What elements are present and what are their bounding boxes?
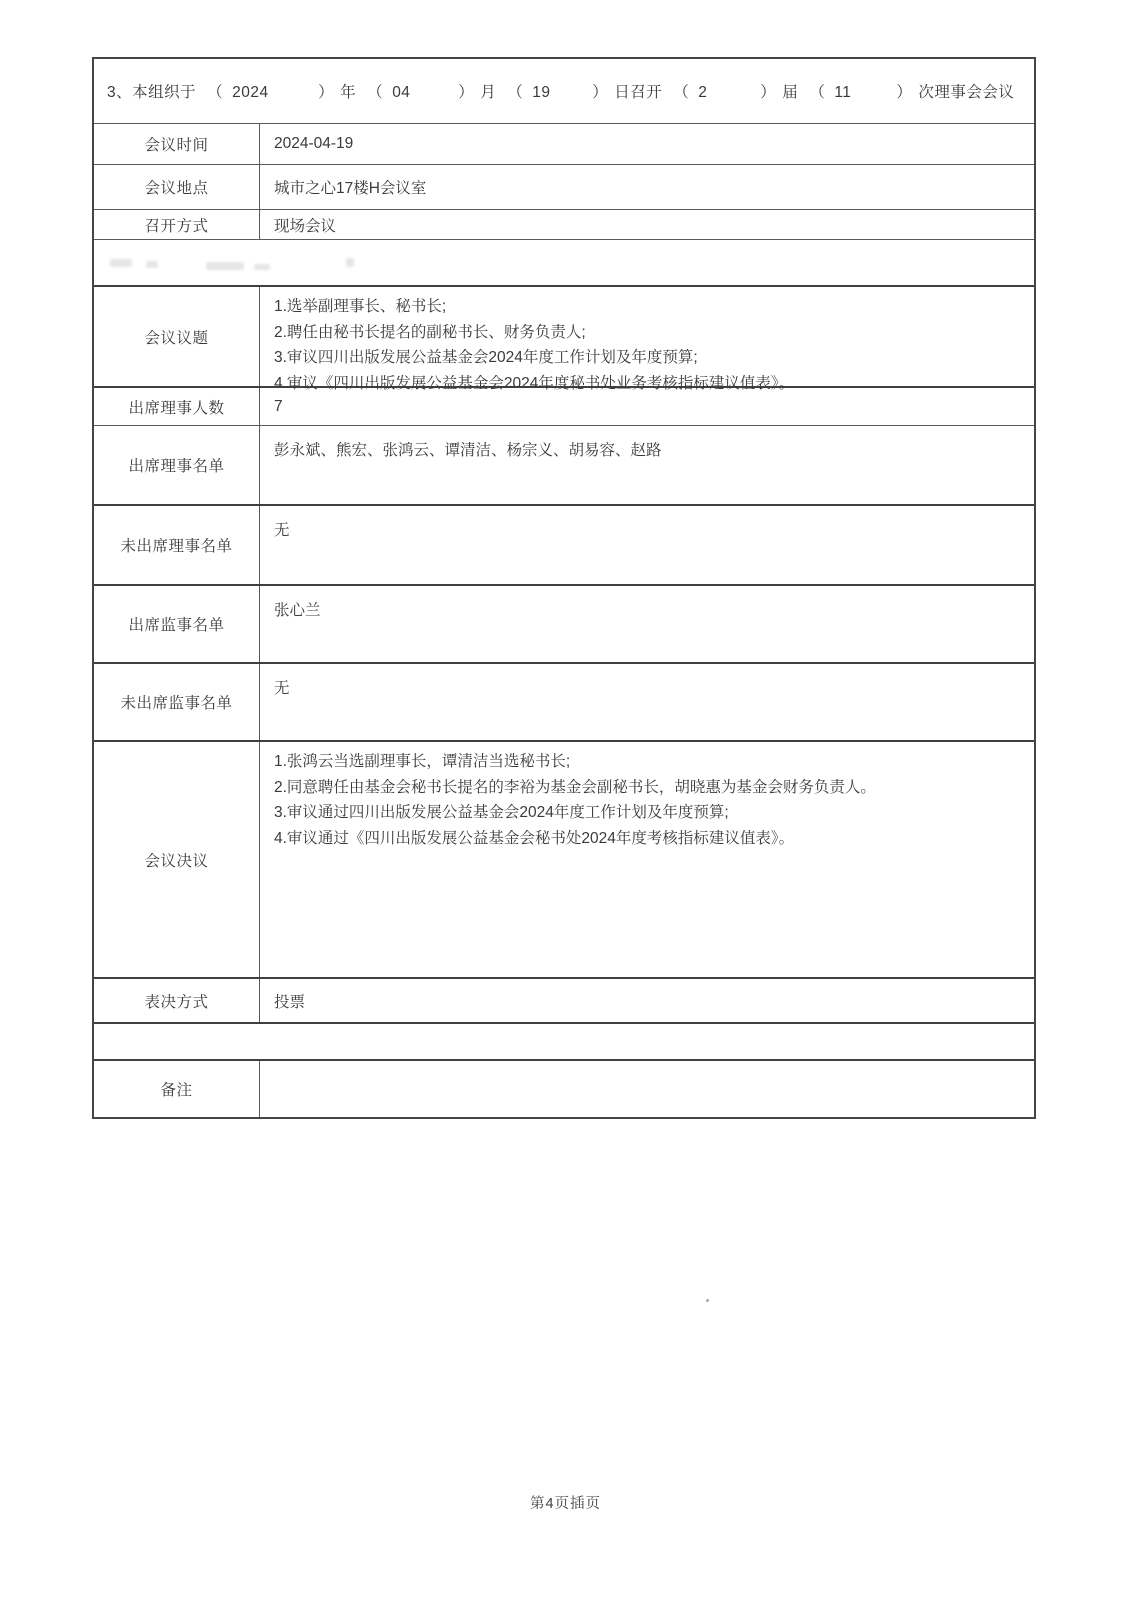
voting-method-label: 表决方式	[94, 979, 260, 1022]
row-attend-names: 出席理事名单 彭永斌、熊宏、张鸿云、谭清洁、杨宗义、胡易容、赵路	[94, 426, 1034, 506]
attend-names-value: 彭永斌、熊宏、张鸿云、谭清洁、杨宗义、胡易容、赵路	[260, 426, 1034, 504]
supervisor-absent-label: 未出席监事名单	[94, 664, 260, 740]
year-value: 2024	[223, 84, 318, 102]
ink-smudge	[110, 259, 132, 267]
scan-speck	[706, 1299, 709, 1302]
attend-count-value: 7	[260, 388, 1034, 425]
row-meeting-mode: 召开方式 现场会议	[94, 210, 1034, 240]
row-meeting-place: 会议地点 城市之心17楼H会议室	[94, 165, 1034, 210]
topics-label: 会议议题	[94, 287, 260, 386]
row-attend-count: 出席理事人数 7	[94, 388, 1034, 426]
blank-cell	[94, 1024, 1034, 1059]
session-value: 2	[689, 84, 760, 102]
resolution-item: 3.审议通过四川出版发展公益基金会2024年度工作计划及年度预算;	[274, 800, 1024, 826]
row-blank	[94, 1024, 1034, 1061]
supervisor-absent-value: 无	[260, 664, 1034, 740]
ink-smudge	[206, 262, 244, 270]
meeting-place-value: 城市之心17楼H会议室	[260, 165, 1034, 209]
row-meeting-time: 会议时间 2024-04-19	[94, 124, 1034, 165]
topic-item: 2.聘任由秘书长提名的副秘书长、财务负责人;	[274, 320, 1024, 346]
absent-names-label: 未出席理事名单	[94, 506, 260, 584]
attend-count-label: 出席理事人数	[94, 388, 260, 425]
resolutions-label: 会议决议	[94, 742, 260, 977]
row-resolutions: 会议决议 1.张鸿云当选副理事长，谭清洁当选秘书长; 2.同意聘任由基金会秘书长…	[94, 742, 1034, 979]
absent-names-value: 无	[260, 506, 1034, 584]
row-blank-faded	[94, 240, 1034, 287]
row-supervisor-attend: 出席监事名单 张心兰	[94, 586, 1034, 664]
voting-method-value: 投票	[260, 979, 1034, 1022]
ink-smudge	[146, 261, 158, 268]
ink-smudge	[254, 264, 270, 270]
attend-names-label: 出席理事名单	[94, 426, 260, 504]
scanned-meeting-record-page: 3、本组织于 （2024）年 （04）月 （19）日召开 （2）届 （11）次理…	[0, 0, 1131, 1600]
number-value: 11	[825, 84, 896, 102]
faded-ink-area	[94, 240, 1034, 285]
section-title: 3、本组织于 （2024）年 （04）月 （19）日召开 （2）届 （11）次理…	[94, 59, 1034, 123]
board-meeting-table: 3、本组织于 （2024）年 （04）月 （19）日召开 （2）届 （11）次理…	[92, 57, 1036, 1119]
supervisor-attend-value: 张心兰	[260, 586, 1034, 662]
row-section-title: 3、本组织于 （2024）年 （04）月 （19）日召开 （2）届 （11）次理…	[94, 59, 1034, 124]
page-number: 第4页插页	[0, 1492, 1131, 1513]
day-unit: 日召开	[614, 84, 662, 101]
month-unit: 月	[480, 84, 496, 101]
meeting-place-label: 会议地点	[94, 165, 260, 209]
resolution-item: 2.同意聘任由基金会秘书长提名的李裕为基金会副秘书长，胡晓惠为基金会财务负责人。	[274, 775, 1024, 801]
resolution-item: 1.张鸿云当选副理事长，谭清洁当选秘书长;	[274, 749, 1024, 775]
topic-item: 1.选举副理事长、秘书长;	[274, 294, 1024, 320]
number-field: （11）次理事会会议	[809, 80, 1014, 102]
row-remarks: 备注	[94, 1061, 1034, 1117]
meeting-mode-label: 召开方式	[94, 210, 260, 239]
row-absent-names: 未出席理事名单 无	[94, 506, 1034, 586]
resolutions-value: 1.张鸿云当选副理事长，谭清洁当选秘书长; 2.同意聘任由基金会秘书长提名的李裕…	[260, 742, 1034, 977]
row-topics: 会议议题 1.选举副理事长、秘书长; 2.聘任由秘书长提名的副秘书长、财务负责人…	[94, 287, 1034, 388]
row-supervisor-absent: 未出席监事名单 无	[94, 664, 1034, 742]
year-unit: 年	[340, 84, 356, 101]
resolution-item: 4.审议通过《四川出版发展公益基金会秘书处2024年度考核指标建议值表》。	[274, 826, 1024, 852]
meeting-mode-value: 现场会议	[260, 210, 1034, 239]
topic-item: 3.审议四川出版发展公益基金会2024年度工作计划及年度预算;	[274, 345, 1024, 371]
session-field: （2）届	[673, 80, 798, 102]
day-value: 19	[523, 84, 592, 102]
month-field: （04）月	[367, 80, 496, 102]
supervisor-attend-label: 出席监事名单	[94, 586, 260, 662]
session-unit: 届	[782, 84, 798, 101]
number-unit: 次理事会会议	[918, 84, 1014, 101]
meeting-time-label: 会议时间	[94, 124, 260, 164]
year-field: （2024）年	[207, 80, 356, 102]
day-field: （19）日召开	[507, 80, 662, 102]
remarks-label: 备注	[94, 1061, 260, 1117]
meeting-time-value: 2024-04-19	[260, 124, 1034, 164]
section-title-prefix: 3、本组织于	[107, 80, 196, 102]
row-voting-method: 表决方式 投票	[94, 979, 1034, 1024]
ink-smudge	[346, 258, 354, 267]
month-value: 04	[383, 84, 458, 102]
topics-value: 1.选举副理事长、秘书长; 2.聘任由秘书长提名的副秘书长、财务负责人; 3.审…	[260, 287, 1034, 386]
remarks-value	[260, 1061, 1034, 1117]
